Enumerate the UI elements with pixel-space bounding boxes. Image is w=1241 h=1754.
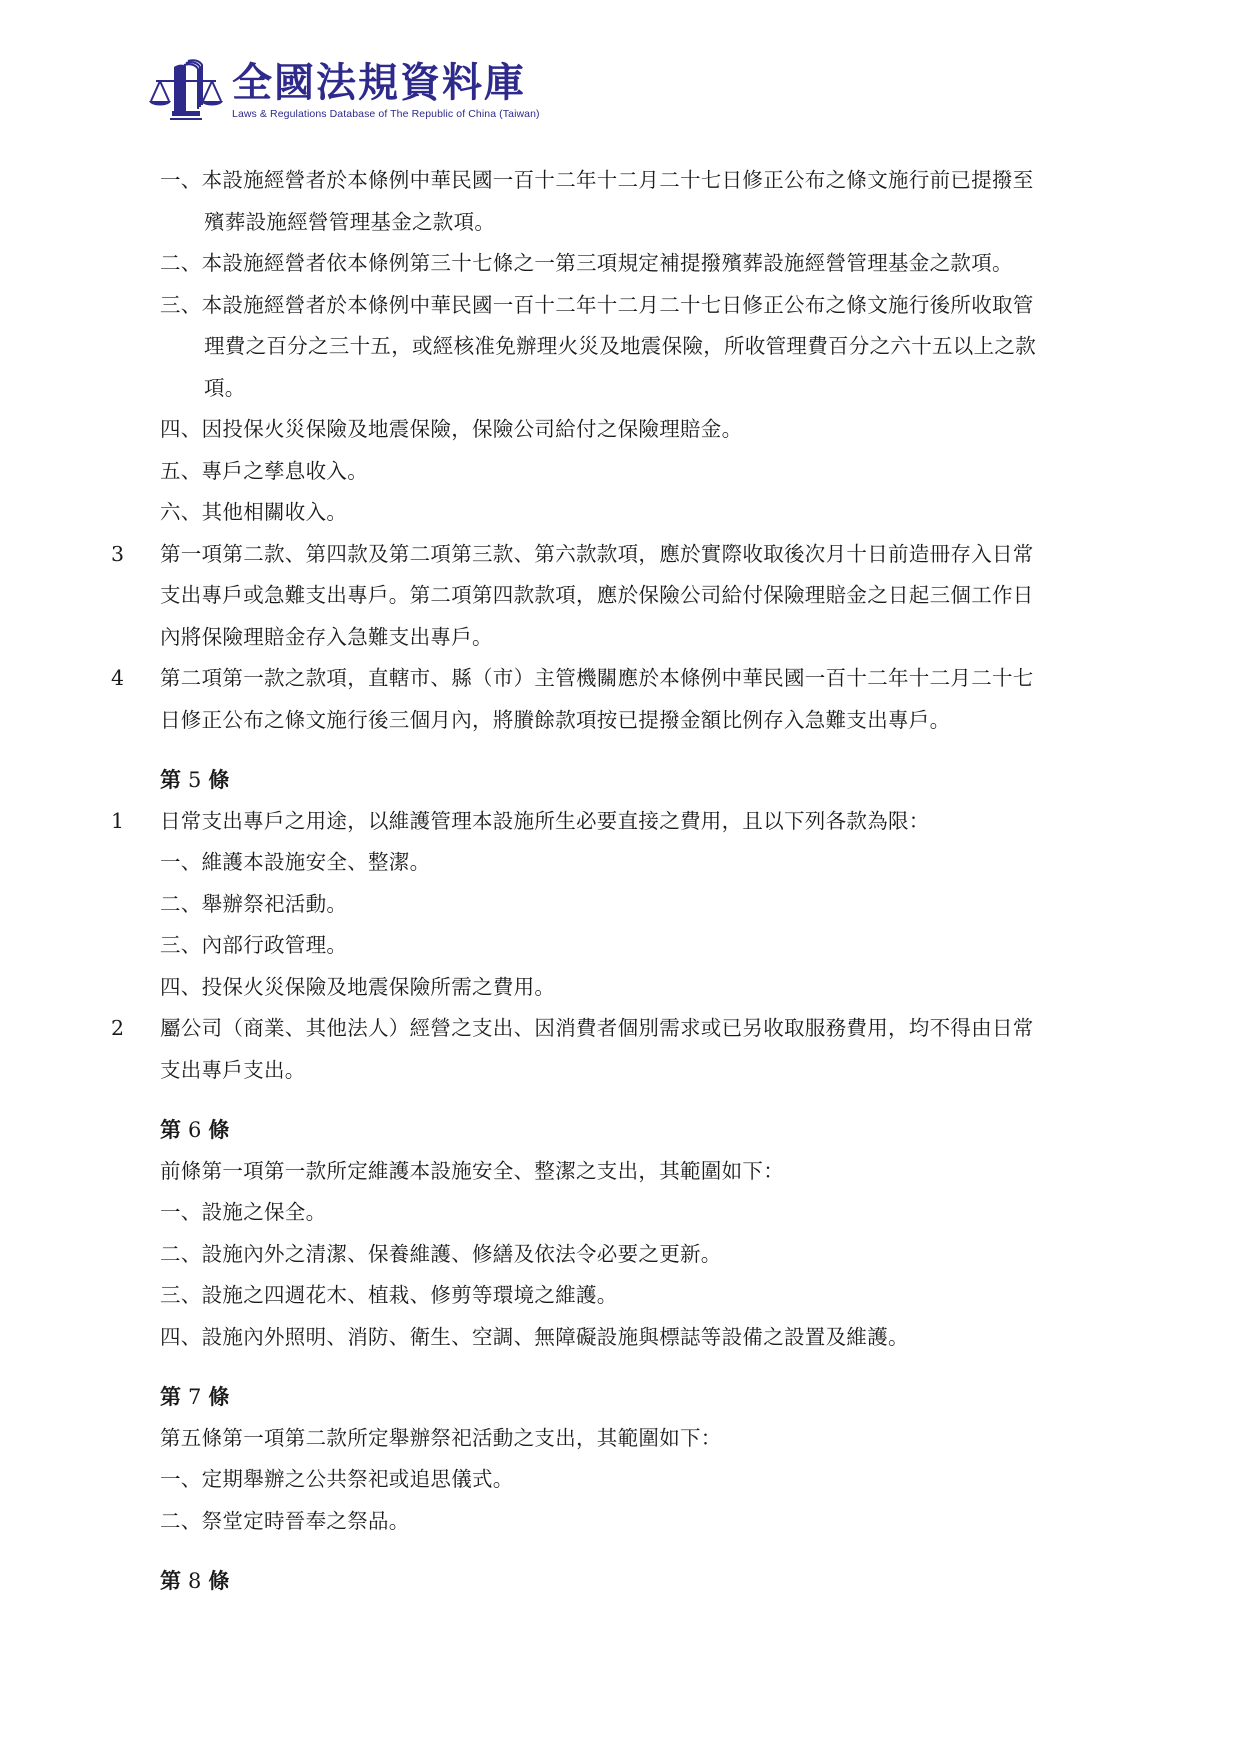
item-list: 一、本設施經營者於本條例中華民國一百十二年十二月二十七日修正公布之條文施行前已提… (0, 160, 1241, 534)
paragraph-line: 1 日常支出專戶之用途，以維護管理本設施所生必要直接之費用，且以下列各款為限： (0, 801, 1241, 843)
list-item: 六、其他相關收入。 (0, 492, 1241, 534)
article-suffix: 條 (208, 1568, 230, 1593)
article-suffix: 條 (208, 1117, 230, 1142)
list-item: 二、本設施經營者依本條例第三十七條之一第三項規定補提撥殯葬設施經營管理基金之款項… (0, 243, 1241, 285)
article-suffix: 條 (208, 767, 230, 792)
article-intro: 第五條第一項第二款所定舉辦祭祀活動之支出，其範圍如下： (0, 1418, 1241, 1460)
article-5: 第5條 1 日常支出專戶之用途，以維護管理本設施所生必要直接之費用，且以下列各款… (0, 759, 1241, 1091)
list-item-continuation: 項。 (0, 368, 1241, 410)
list-item-continuation: 殯葬設施經營管理基金之款項。 (0, 202, 1241, 244)
paragraph-text: 第二項第一款之款項，直轄市、縣（市）主管機關應於本條例中華民國一百十二年十二月二… (160, 666, 1034, 690)
paragraph-number: 3 (111, 534, 124, 576)
article-number: 8 (188, 1569, 202, 1593)
list-item: 二、設施內外之清潔、保養維護、修繕及依法令必要之更新。 (0, 1234, 1241, 1276)
paragraph-line: 2 屬公司（商業、其他法人）經營之支出、因消費者個別需求或已另收取服務費用，均不… (0, 1008, 1241, 1050)
document-body: 一、本設施經營者於本條例中華民國一百十二年十二月二十七日修正公布之條文施行前已提… (0, 160, 1241, 1602)
list-item: 一、定期舉辦之公共祭祀或追思儀式。 (0, 1459, 1241, 1501)
article-prefix: 第 (160, 1568, 182, 1593)
site-header: 全國法規資料庫 Laws & Regulations Database of T… (148, 57, 540, 123)
paragraph-number: 1 (111, 801, 124, 843)
paragraph-3: 3 第一項第二款、第四款及第二項第三款、第六款款項，應於實際收取後次月十日前造冊… (0, 534, 1241, 659)
article-suffix: 條 (208, 1384, 230, 1409)
logo-subtitle: Laws & Regulations Database of The Repub… (232, 108, 540, 120)
paragraph-line: 支出專戶支出。 (0, 1050, 1241, 1092)
article-6: 第6條 前條第一項第一款所定維護本設施安全、整潔之支出，其範圍如下： 一、設施之… (0, 1109, 1241, 1358)
article-title: 第7條 (0, 1376, 1241, 1418)
article-title: 第8條 (0, 1560, 1241, 1602)
paragraph-text: 日常支出專戶之用途，以維護管理本設施所生必要直接之費用，且以下列各款為限： (160, 809, 930, 833)
paragraph-line: 4 第二項第一款之款項，直轄市、縣（市）主管機關應於本條例中華民國一百十二年十二… (0, 658, 1241, 700)
article-intro: 前條第一項第一款所定維護本設施安全、整潔之支出，其範圍如下： (0, 1151, 1241, 1193)
list-item: 一、本設施經營者於本條例中華民國一百十二年十二月二十七日修正公布之條文施行前已提… (0, 160, 1241, 202)
article-7: 第7條 第五條第一項第二款所定舉辦祭祀活動之支出，其範圍如下： 一、定期舉辦之公… (0, 1376, 1241, 1542)
list-item: 四、投保火災保險及地震保險所需之費用。 (0, 967, 1241, 1009)
paragraph-line: 內將保險理賠金存入急難支出專戶。 (0, 617, 1241, 659)
list-item: 一、設施之保全。 (0, 1192, 1241, 1234)
article-8: 第8條 (0, 1560, 1241, 1602)
list-item: 一、維護本設施安全、整潔。 (0, 842, 1241, 884)
paragraph-line: 支出專戶或急難支出專戶。第二項第四款款項，應於保險公司給付保險理賠金之日起三個工… (0, 575, 1241, 617)
list-item: 四、設施內外照明、消防、衛生、空調、無障礙設施與標誌等設備之設置及維護。 (0, 1317, 1241, 1359)
paragraph-line: 3 第一項第二款、第四款及第二項第三款、第六款款項，應於實際收取後次月十日前造冊… (0, 534, 1241, 576)
list-item: 二、祭堂定時晉奉之祭品。 (0, 1501, 1241, 1543)
paragraph-text: 第一項第二款、第四款及第二項第三款、第六款款項，應於實際收取後次月十日前造冊存入… (160, 542, 1034, 566)
paragraph-number: 4 (111, 658, 124, 700)
list-item: 四、因投保火災保險及地震保險，保險公司給付之保險理賠金。 (0, 409, 1241, 451)
paragraph-number: 2 (111, 1008, 124, 1050)
article-prefix: 第 (160, 767, 182, 792)
logo-text: 全國法規資料庫 Laws & Regulations Database of T… (232, 57, 540, 120)
list-item: 三、本設施經營者於本條例中華民國一百十二年十二月二十七日修正公布之條文施行後所收… (0, 285, 1241, 327)
paragraph-text: 屬公司（商業、其他法人）經營之支出、因消費者個別需求或已另收取服務費用，均不得由… (160, 1016, 1034, 1040)
logo-title: 全國法規資料庫 (232, 59, 540, 107)
article-title: 第5條 (0, 759, 1241, 801)
list-item: 二、舉辦祭祀活動。 (0, 884, 1241, 926)
article-number: 5 (188, 768, 202, 792)
list-item: 三、設施之四週花木、植栽、修剪等環境之維護。 (0, 1275, 1241, 1317)
list-item: 三、內部行政管理。 (0, 925, 1241, 967)
article-prefix: 第 (160, 1117, 182, 1142)
article-number: 6 (188, 1118, 202, 1142)
paragraph-4: 4 第二項第一款之款項，直轄市、縣（市）主管機關應於本條例中華民國一百十二年十二… (0, 658, 1241, 741)
scales-book-icon (148, 57, 224, 123)
article-number: 7 (188, 1385, 202, 1409)
paragraph-line: 日修正公布之條文施行後三個月內，將賸餘款項按已提撥金額比例存入急難支出專戶。 (0, 700, 1241, 742)
list-item: 五、專戶之孳息收入。 (0, 451, 1241, 493)
list-item-continuation: 理費之百分之三十五，或經核准免辦理火災及地震保險，所收管理費百分之六十五以上之款 (0, 326, 1241, 368)
article-title: 第6條 (0, 1109, 1241, 1151)
article-prefix: 第 (160, 1384, 182, 1409)
